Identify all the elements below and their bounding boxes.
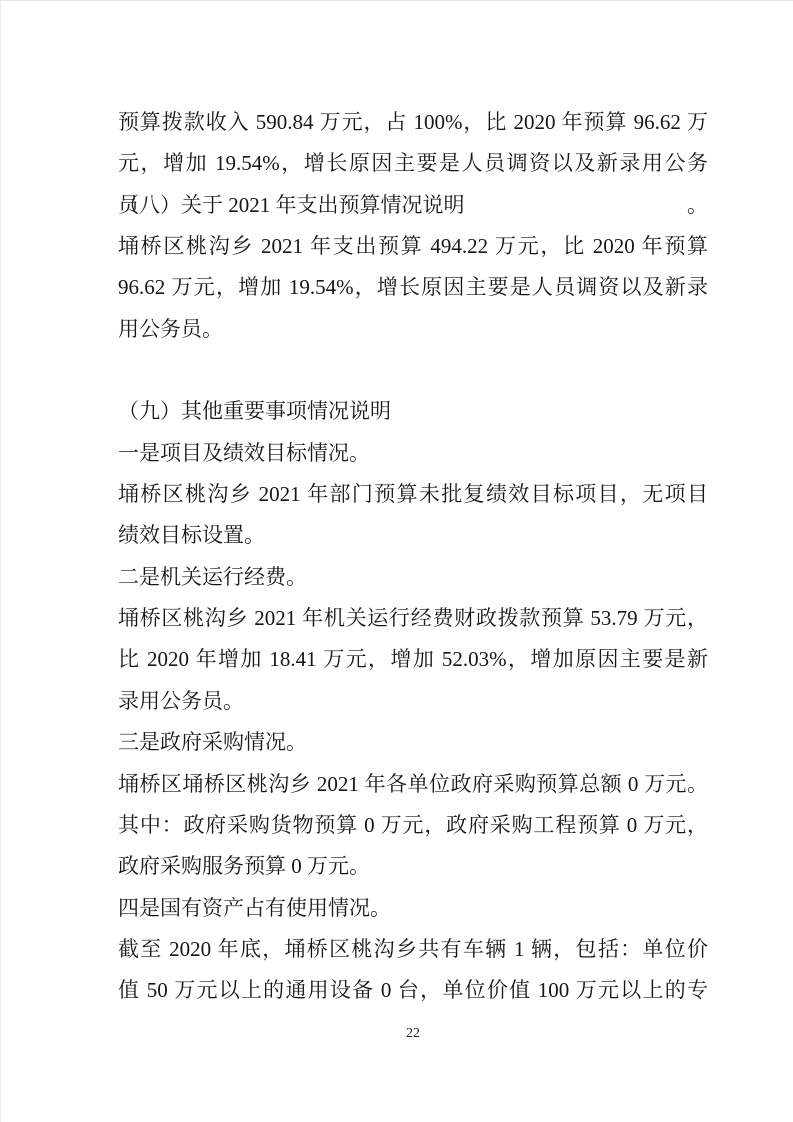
text-line: 埇桥区桃沟乡 2021 年支出预算 494.22 万元，比 2020 年预算	[118, 226, 708, 267]
page-number: 22	[406, 1026, 420, 1041]
text-line: 96.62 万元，增加 19.54%，增长原因主要是人员调资以及新录	[118, 267, 708, 308]
text-line: 比 2020 年增加 18.41 万元，增加 52.03%，增加原因主要是新	[118, 639, 708, 680]
page-footer: 22	[118, 1025, 708, 1043]
text-line: （九）其他重要事项情况说明	[118, 391, 708, 432]
text-line: 元，增加 19.54%，增长原因主要是人员调资以及新录用公务员。	[118, 143, 708, 184]
text-line: 埇桥区桃沟乡 2021 年机关运行经费财政拨款预算 53.79 万元，	[118, 598, 708, 639]
text-line: 绩效目标设置。	[118, 515, 708, 556]
text-line: 埇桥区桃沟乡 2021 年部门预算未批复绩效目标项目，无项目	[118, 474, 708, 515]
blank-line	[118, 350, 708, 391]
text-line: 录用公务员。	[118, 681, 708, 722]
text-line: 一是项目及绩效目标情况。	[118, 433, 708, 474]
text-block: 预算拨款收入 590.84 万元，占 100%，比 2020 年预算 96.62…	[118, 102, 708, 1012]
text-line: 埇桥区埇桥区桃沟乡 2021 年各单位政府采购预算总额 0 万元。	[118, 764, 708, 805]
text-line: 四是国有资产占有使用情况。	[118, 888, 708, 929]
text-line: 二是机关运行经费。	[118, 557, 708, 598]
text-line: 预算拨款收入 590.84 万元，占 100%，比 2020 年预算 96.62…	[118, 102, 708, 143]
text-line: 值 50 万元以上的通用设备 0 台，单位价值 100 万元以上的专	[118, 970, 708, 1011]
text-line: 三是政府采购情况。	[118, 722, 708, 763]
text-line: 其中：政府采购货物预算 0 万元，政府采购工程预算 0 万元，	[118, 805, 708, 846]
document-page: 预算拨款收入 590.84 万元，占 100%，比 2020 年预算 96.62…	[0, 0, 793, 1122]
text-line: 用公务员。	[118, 309, 708, 350]
text-line: 截至 2020 年底，埇桥区桃沟乡共有车辆 1 辆，包括：单位价	[118, 929, 708, 970]
text-line: 政府采购服务预算 0 万元。	[118, 846, 708, 887]
